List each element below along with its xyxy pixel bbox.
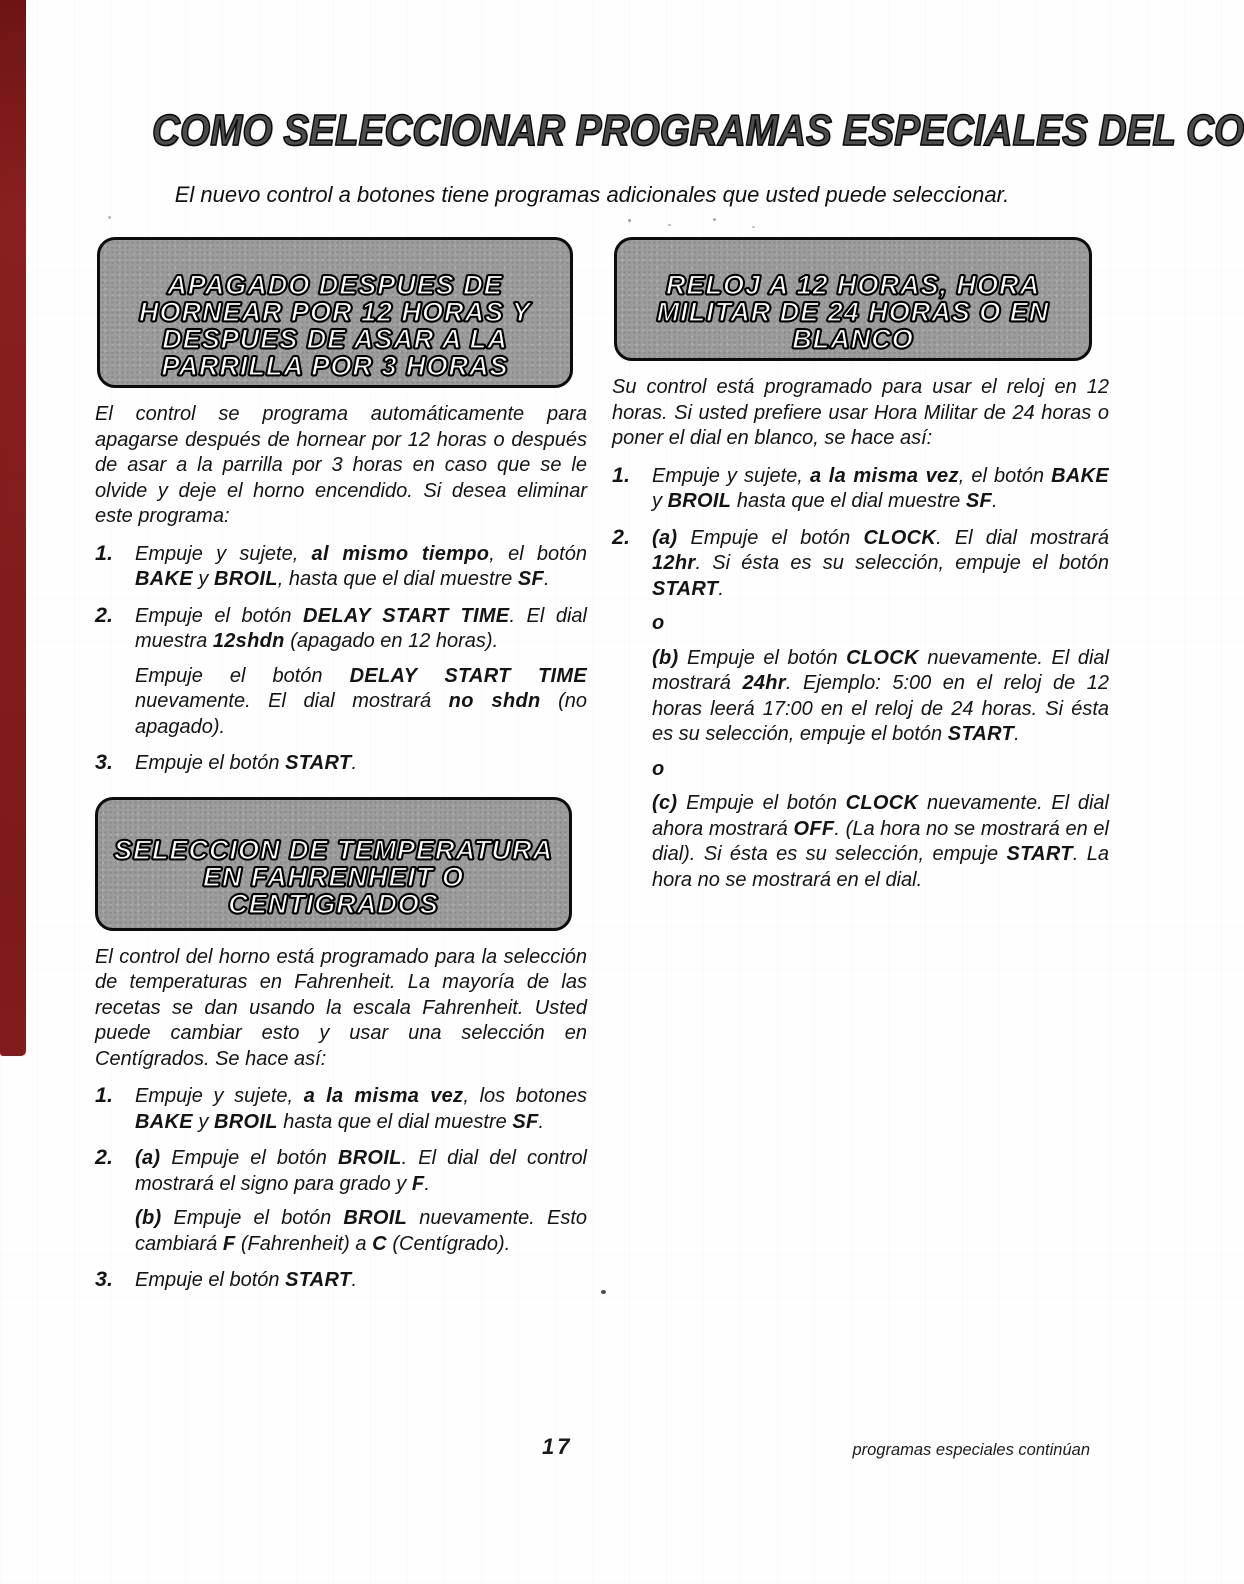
- intro-paragraph: El control del horno está programado par…: [95, 945, 587, 1073]
- list-item-number: 1.: [612, 463, 630, 489]
- list-item-number: 2.: [95, 603, 113, 629]
- section-clock-modes: RELOJ A 12 HORAS, HORA MILITAR DE 24 HOR…: [612, 237, 1109, 893]
- list-item-text: Empuje y sujete, a la misma vez, los bot…: [135, 1084, 587, 1135]
- list-item: 3. Empuje el botón START.: [95, 751, 587, 777]
- list-item: 2. (a) Empuje el botón BROIL. El dial de…: [95, 1146, 587, 1257]
- section-heading-box: RELOJ A 12 HORAS, HORA MILITAR DE 24 HOR…: [614, 237, 1092, 361]
- step-list: 1. Empuje y sujete, a la misma vez, los …: [95, 1084, 587, 1294]
- list-item-number: 3.: [95, 750, 113, 776]
- scan-speck: [752, 226, 755, 228]
- section-heading: RELOJ A 12 HORAS, HORA MILITAR DE 24 HOR…: [657, 270, 1050, 354]
- scan-speck: [601, 1290, 606, 1294]
- section-auto-shutoff: APAGADO DESPUES DE HORNEAR POR 12 HORAS …: [95, 237, 587, 777]
- column-right: RELOJ A 12 HORAS, HORA MILITAR DE 24 HOR…: [612, 237, 1109, 893]
- page-subtitle: El nuevo control a botones tiene program…: [92, 182, 1092, 208]
- list-item: 1. Empuje y sujete, a la misma vez, el b…: [612, 464, 1109, 515]
- section-heading: APAGADO DESPUES DE HORNEAR POR 12 HORAS …: [139, 270, 531, 381]
- list-item: 2. Empuje el botón DELAY START TIME. El …: [95, 604, 587, 741]
- section-heading-box: APAGADO DESPUES DE HORNEAR POR 12 HORAS …: [97, 237, 573, 388]
- manual-page: COMO SELECCIONAR PROGRAMAS ESPECIALES DE…: [0, 0, 1244, 1584]
- list-item-text: (a) Empuje el botón CLOCK. El dial mostr…: [652, 526, 1109, 894]
- list-item-number: 2.: [612, 525, 630, 551]
- scan-speck: [713, 218, 716, 221]
- footer-page-number: 17: [542, 1434, 572, 1460]
- section-temperature-units: SELECCION DE TEMPERATURA EN FAHRENHEIT O…: [95, 797, 587, 1294]
- list-item-number: 1.: [95, 1083, 113, 1109]
- footer-note: programas especiales continúan: [830, 1441, 1090, 1460]
- section-heading: SELECCION DE TEMPERATURA EN FAHRENHEIT O…: [114, 835, 553, 919]
- page-title: COMO SELECCIONAR PROGRAMAS ESPECIALES DE…: [152, 106, 1032, 156]
- list-item-text: Empuje y sujete, al mismo tiempo, el bot…: [135, 542, 587, 593]
- scan-edge-stripe: [0, 0, 26, 1056]
- step-list: 1. Empuje y sujete, a la misma vez, el b…: [612, 464, 1109, 894]
- list-item-text: Empuje el botón DELAY START TIME. El dia…: [135, 604, 587, 741]
- list-item: 1. Empuje y sujete, a la misma vez, los …: [95, 1084, 587, 1135]
- scan-speck: [668, 224, 671, 226]
- list-item-text: Empuje el botón START.: [135, 1268, 587, 1294]
- list-item: 1. Empuje y sujete, al mismo tiempo, el …: [95, 542, 587, 593]
- step-list: 1. Empuje y sujete, al mismo tiempo, el …: [95, 542, 587, 777]
- scan-speck: [628, 219, 631, 222]
- list-item-number: 3.: [95, 1267, 113, 1293]
- list-item: 2. (a) Empuje el botón CLOCK. El dial mo…: [612, 526, 1109, 894]
- scan-speck: [108, 216, 111, 219]
- intro-paragraph: Su control está programado para usar el …: [612, 375, 1109, 452]
- list-item-number: 1.: [95, 541, 113, 567]
- column-left: APAGADO DESPUES DE HORNEAR POR 12 HORAS …: [95, 237, 587, 1294]
- intro-paragraph: El control se programa automáticamente p…: [95, 402, 587, 530]
- list-item-number: 2.: [95, 1145, 113, 1171]
- list-item-text: Empuje el botón START.: [135, 751, 587, 777]
- list-item-text: Empuje y sujete, a la misma vez, el botó…: [652, 464, 1109, 515]
- list-item: 3. Empuje el botón START.: [95, 1268, 587, 1294]
- list-item-text: (a) Empuje el botón BROIL. El dial del c…: [135, 1146, 587, 1257]
- section-heading-box: SELECCION DE TEMPERATURA EN FAHRENHEIT O…: [95, 797, 572, 931]
